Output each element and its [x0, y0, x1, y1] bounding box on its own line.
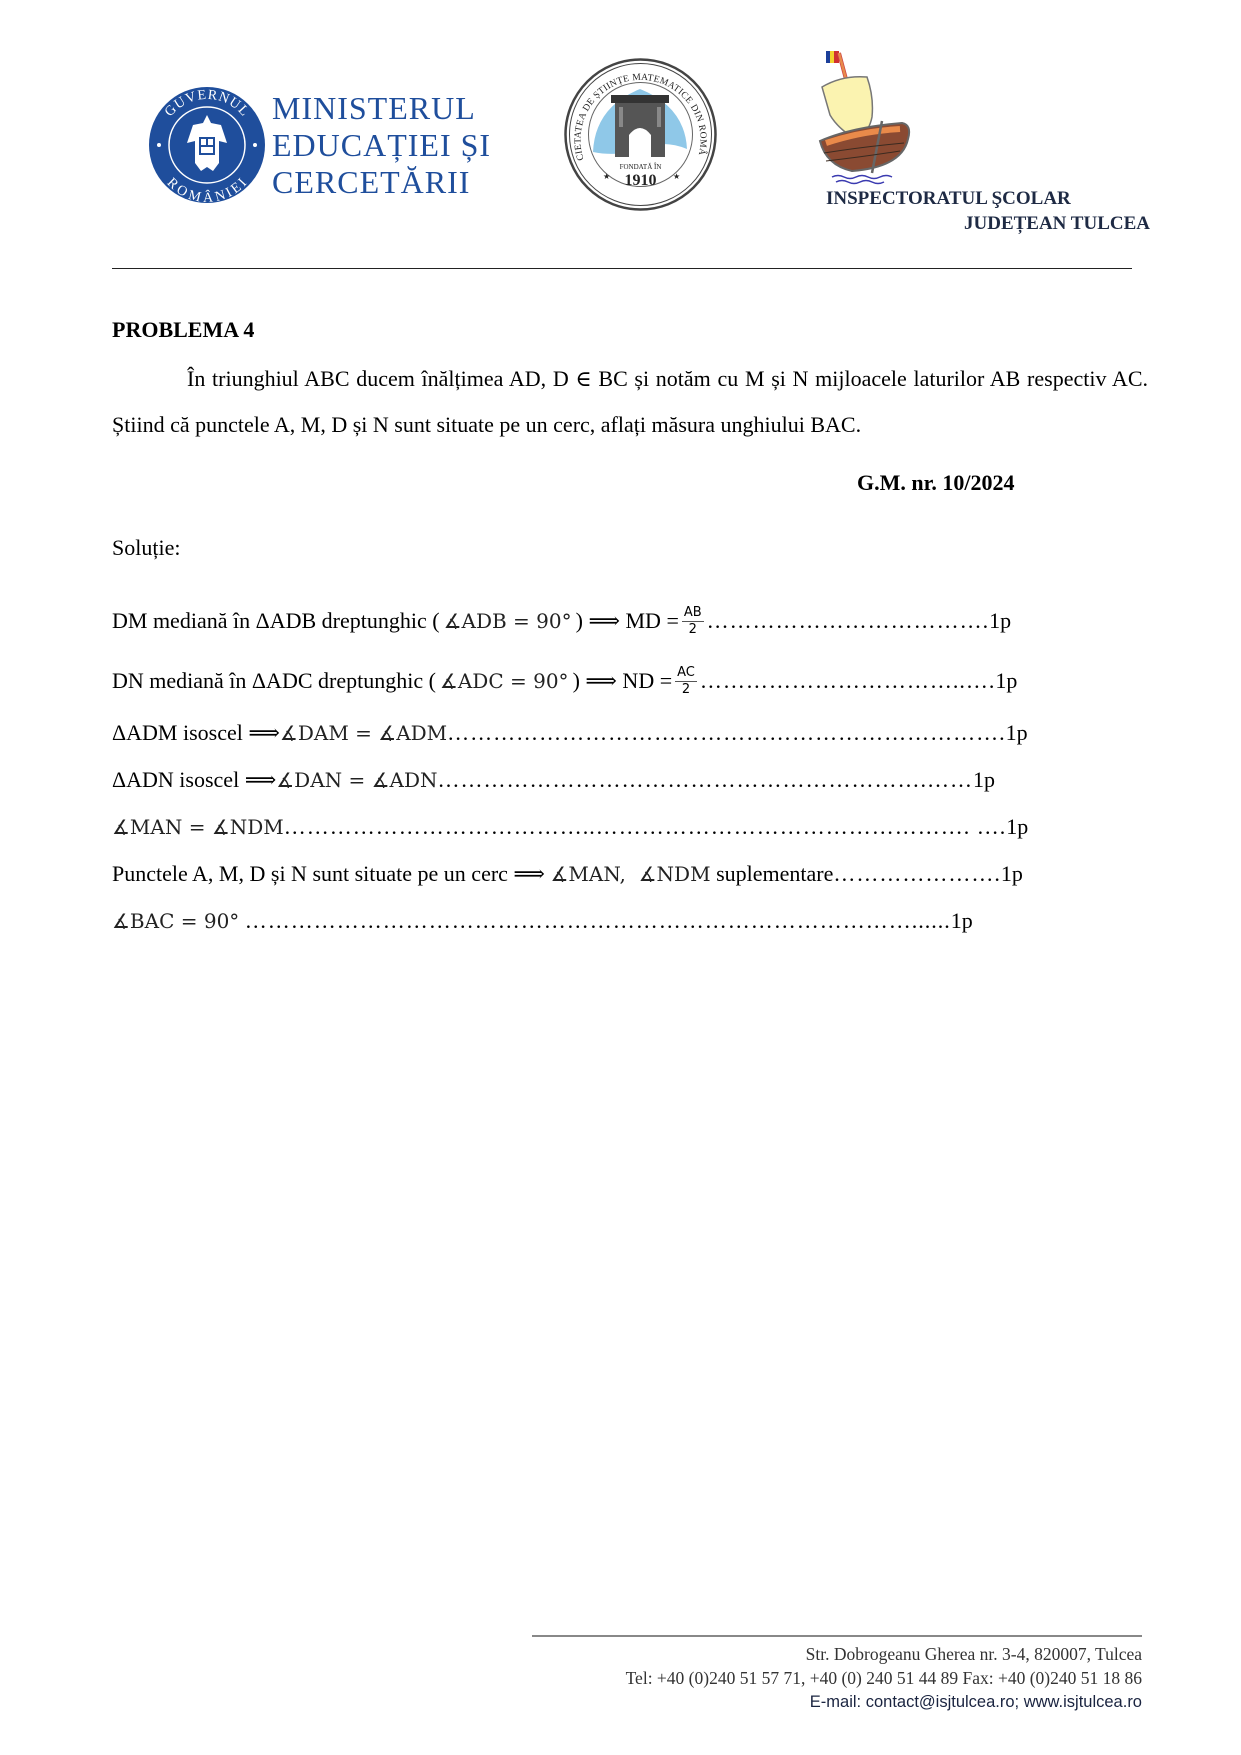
- solution-text: ) ⟹ ND =: [573, 668, 673, 694]
- solution-line: Punctele A, M, D și N sunt situate pe un…: [112, 859, 1023, 889]
- points: 1p: [973, 767, 995, 793]
- math-expression: ∡BAC = 90°: [112, 909, 239, 933]
- solution-line: DN mediană în ΔADC dreptunghic ( ∡ADC = …: [112, 666, 1017, 696]
- problem-title: PROBLEMA 4: [112, 317, 254, 343]
- math-expression: ∡ADB = 90°: [444, 609, 572, 633]
- problem-statement: În triunghiul ABC ducem înălțimea AD, D …: [112, 356, 1148, 448]
- document-header: GUVERNUL ROMÂNIEI MINISTERUL EDUCAȚIEI Ș…: [0, 0, 1241, 260]
- ssm-seal-icon: SOCIETATEA DE ȘTIINȚE MATEMATICE DIN ROM…: [563, 57, 718, 212]
- leader-dots: ……………………………….: [707, 608, 990, 634]
- isj-name-line-1: INSPECTORATUL ŞCOLAR: [826, 188, 1071, 210]
- solution-line: ∡BAC = 90° ………………………………………………………………………………: [112, 906, 973, 936]
- leader-dots: ……………………………………………………………………………......: [245, 908, 951, 934]
- solution-text: ΔADM isoscel ⟹: [112, 720, 280, 746]
- solution-text: suplementare: [711, 861, 834, 887]
- ministry-name: MINISTERUL EDUCAȚIEI ȘI CERCETĂRII: [272, 90, 490, 201]
- points: 1p: [995, 668, 1017, 694]
- points: 1p: [951, 908, 973, 934]
- solution-line: ΔADN isoscel ⟹ ∡DAN = ∡ADN ……………………………………: [112, 765, 995, 795]
- solution-text: DM mediană în ΔADB dreptunghic (: [112, 608, 440, 634]
- solution-line: ΔADM isoscel ⟹ ∡DAM = ∡ADM ……………………………………: [112, 718, 1028, 748]
- points: 1p: [1006, 814, 1028, 840]
- solution-text: Punctele A, M, D și N sunt situate pe un…: [112, 861, 550, 887]
- isj-name-line-2: JUDEȚEAN TULCEA: [964, 213, 1150, 235]
- ministry-line-1: MINISTERUL: [272, 90, 490, 127]
- solution-text: ) ⟹ MD =: [576, 608, 679, 634]
- header-divider: [112, 268, 1132, 269]
- footer-divider: [532, 1635, 1142, 1637]
- document-footer: Str. Dobrogeanu Gherea nr. 3-4, 820007, …: [626, 1642, 1142, 1714]
- boat-logo-icon: [812, 47, 917, 187]
- solution-label: Soluție:: [112, 535, 180, 561]
- svg-text:FONDATĂ ÎN: FONDATĂ ÎN: [620, 163, 662, 171]
- leader-dots: ……………………………..….: [700, 668, 996, 694]
- math-expression: ∡DAN = ∡ADN: [276, 768, 437, 792]
- leader-dots: ………………….: [833, 861, 1001, 887]
- ministry-line-3: CERCETĂRII: [272, 164, 490, 201]
- svg-text:1910: 1910: [625, 172, 657, 189]
- leader-dots: ……………………………………………………….……: [438, 767, 974, 793]
- government-seal-icon: GUVERNUL ROMÂNIEI: [147, 85, 267, 205]
- solution-line: DM mediană în ΔADB dreptunghic ( ∡ADB = …: [112, 606, 1011, 636]
- math-expression: ∡MAN = ∡NDM: [112, 815, 284, 839]
- math-expression: ∡MAN, ∡NDM: [550, 862, 710, 886]
- footer-address: Str. Dobrogeanu Gherea nr. 3-4, 820007, …: [626, 1642, 1142, 1666]
- points: 1p: [1006, 720, 1028, 746]
- points: 1p: [1001, 861, 1023, 887]
- fraction: AC2: [675, 665, 697, 698]
- footer-phone: Tel: +40 (0)240 51 57 71, +40 (0) 240 51…: [626, 1666, 1142, 1690]
- solution-line: ∡MAN = ∡NDM …………………………………..……………………………………: [112, 812, 1028, 842]
- svg-text:★: ★: [673, 172, 680, 181]
- problem-source: G.M. nr. 10/2024: [857, 470, 1014, 496]
- math-expression: ∡DAM = ∡ADM: [280, 721, 447, 745]
- points: 1p: [989, 608, 1011, 634]
- leader-dots: ……………………………………………………………….: [447, 720, 1006, 746]
- solution-text: DN mediană în ΔADC dreptunghic (: [112, 668, 436, 694]
- svg-text:★: ★: [603, 172, 610, 181]
- math-expression: ∡ADC = 90°: [440, 669, 569, 693]
- leader-dots: …………………………………..…………………………………………. ….: [284, 814, 1007, 840]
- fraction: AB2: [682, 605, 704, 638]
- ministry-line-2: EDUCAȚIEI ȘI: [272, 127, 490, 164]
- footer-email-web: E-mail: contact@isjtulcea.ro; www.isjtul…: [626, 1690, 1142, 1714]
- solution-text: ΔADN isoscel ⟹: [112, 767, 276, 793]
